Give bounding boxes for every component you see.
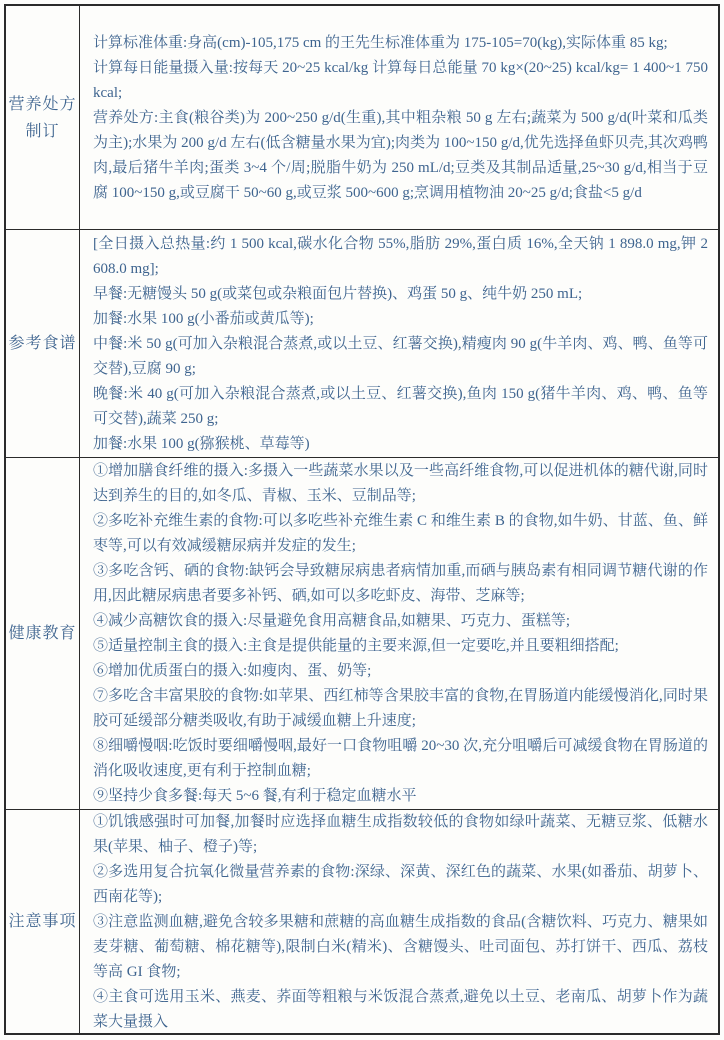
table-row: 营养处方 制订计算标准体重:身高(cm)-105,175 cm 的王先生标准体重… (6, 6, 718, 230)
content-paragraph: 营养处方:主食(粮谷类)为 200~250 g/d(生重),其中粗杂粮 50 g… (93, 106, 708, 206)
row-header-label: 营养处方 制订 (6, 6, 80, 229)
content-paragraph: ②多选用复合抗氧化微量营养素的食物:深绿、深黄、深红色的蔬菜、水果(如番茄、胡萝… (93, 860, 708, 910)
table-row: 健康教育①增加膳食纤维的摄入:多摄入一些蔬菜水果以及一些高纤维食物,可以促进机体… (6, 458, 718, 810)
scanned-document-page: 营养处方 制订计算标准体重:身高(cm)-105,175 cm 的王先生标准体重… (0, 0, 724, 1040)
row-header-label: 注意事项 (6, 810, 80, 1033)
content-paragraph: 计算标准体重:身高(cm)-105,175 cm 的王先生标准体重为 175-1… (93, 31, 708, 56)
content-paragraph: [全日摄入总热量:约 1 500 kcal,碳水化合物 55%,脂肪 29%,蛋… (93, 232, 708, 282)
content-paragraph: 加餐:水果 100 g(小番茄或黄瓜等); (93, 307, 708, 332)
content-paragraph: ⑧细嚼慢咽:吃饭时要细嚼慢咽,最好一口食物咀嚼 20~30 次,充分咀嚼后可减缓… (93, 734, 708, 784)
row-header-label: 参考食谱 (6, 230, 80, 457)
row-content-cell: ①饥饿感强时可加餐,加餐时应选择血糖生成指数较低的食物如绿叶蔬菜、无糖豆浆、低糖… (80, 810, 718, 1033)
content-paragraph: ③多吃含钙、硒的食物:缺钙会导致糖尿病患者病情加重,而硒与胰岛素有相同调节糖代谢… (93, 559, 708, 609)
content-paragraph: ③注意监测血糖,避免含较多果糖和蔗糖的高血糖生成指数的食品(含糖饮料、巧克力、糖… (93, 910, 708, 985)
content-paragraph: 加餐:水果 100 g(猕猴桃、草莓等) (93, 432, 708, 457)
content-paragraph: ④减少高糖饮食的摄入:尽量避免食用高糖食品,如糖果、巧克力、蛋糕等; (93, 609, 708, 634)
row-content-cell: ①增加膳食纤维的摄入:多摄入一些蔬菜水果以及一些高纤维食物,可以促进机体的糖代谢… (80, 458, 718, 809)
table-row: 注意事项①饥饿感强时可加餐,加餐时应选择血糖生成指数较低的食物如绿叶蔬菜、无糖豆… (6, 810, 718, 1033)
content-paragraph: ②多吃补充维生素的食物:可以多吃些补充维生素 C 和维生素 B 的食物,如牛奶、… (93, 509, 708, 559)
table-row: 参考食谱[全日摄入总热量:约 1 500 kcal,碳水化合物 55%,脂肪 2… (6, 230, 718, 458)
content-paragraph: 晚餐:米 40 g(可加入杂粮混合蒸煮,或以土豆、红薯交换),鱼肉 150 g(… (93, 382, 708, 432)
content-paragraph: ④主食可选用玉米、燕麦、荞面等粗粮与米饭混合蒸煮,避免以土豆、老南瓜、胡萝卜作为… (93, 985, 708, 1035)
row-content-cell: 计算标准体重:身高(cm)-105,175 cm 的王先生标准体重为 175-1… (80, 6, 718, 229)
content-paragraph: ①增加膳食纤维的摄入:多摄入一些蔬菜水果以及一些高纤维食物,可以促进机体的糖代谢… (93, 459, 708, 509)
content-paragraph: 中餐:米 50 g(可加入杂粮混合蒸煮,或以土豆、红薯交换),精瘦肉 90 g(… (93, 332, 708, 382)
content-paragraph: ①饥饿感强时可加餐,加餐时应选择血糖生成指数较低的食物如绿叶蔬菜、无糖豆浆、低糖… (93, 810, 708, 860)
content-paragraph: ⑦多吃含丰富果胶的食物:如苹果、西红柿等含果胶丰富的食物,在胃肠道内能缓慢消化,… (93, 684, 708, 734)
content-paragraph: 计算每日能量摄入量:按每天 20~25 kcal/kg 计算每日总能量 70 k… (93, 56, 708, 106)
prescription-table: 营养处方 制订计算标准体重:身高(cm)-105,175 cm 的王先生标准体重… (4, 4, 720, 1035)
row-content-cell: [全日摄入总热量:约 1 500 kcal,碳水化合物 55%,脂肪 29%,蛋… (80, 230, 718, 457)
content-paragraph: 早餐:无糖馒头 50 g(或菜包或杂粮面包片替换)、鸡蛋 50 g、纯牛奶 25… (93, 282, 708, 307)
row-header-label: 健康教育 (6, 458, 80, 809)
content-paragraph: ⑥增加优质蛋白的摄入:如瘦肉、蛋、奶等; (93, 659, 708, 684)
content-paragraph: ⑤适量控制主食的摄入:主食是提供能量的主要来源,但一定要吃,并且要粗细搭配; (93, 634, 708, 659)
content-paragraph: ⑨坚持少食多餐:每天 5~6 餐,有利于稳定血糖水平 (93, 784, 708, 809)
